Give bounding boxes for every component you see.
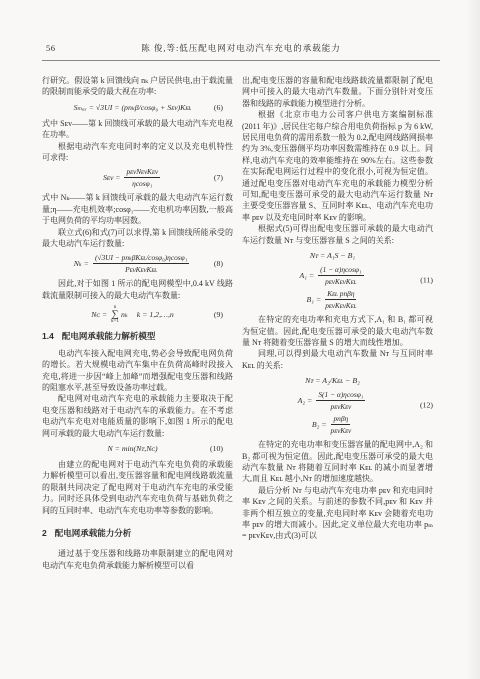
fraction: (1 − α)ηcosφ₁ pᴇᴠKᴇᴠKᴇʟ [318, 265, 363, 286]
equation-11-group: Nᴛ = A₁S − B₁ A₁ = (1 − α)ηcosφ₁ pᴇᴠKᴇᴠK… [242, 250, 433, 310]
equation-number: (7) [214, 173, 223, 183]
equation-11-line1: Nᴛ = A₁S − B₁ [242, 250, 423, 262]
page-number: 56 [46, 43, 106, 53]
equation-12-line2: A₂ = S(1 − α)ηcosφ₁ pᴇᴠKᴇᴠ [242, 390, 423, 411]
denominator: pᴇᴠKᴇᴠKᴇʟ [325, 276, 356, 286]
equation-12-group: Nᴛ = A₂/Kᴇʟ − B₂ A₂ = S(1 − α)ηcosφ₁ pᴇᴠ… [242, 375, 433, 435]
equation-lhs: Nₖ = [74, 259, 89, 269]
summation-symbol: n ∑ k=1 [111, 305, 119, 324]
equation-number: (10) [210, 444, 223, 454]
equation-number: (12) [420, 399, 433, 410]
section-heading-1-4: 1.4 配电网承载能力解析模型 [42, 331, 233, 342]
section-number: 1.4 [42, 331, 54, 342]
paragraph: 根据式(5)可得出配电变压器可承载的最大电动汽车运行数量 Nᴛ 与变压器容量 S… [242, 223, 433, 246]
paragraph: 根据《北京市电力公司客户供电方案编制标准(2011 年)》,居民住宅每户综合用电… [242, 109, 433, 223]
journal-page: 56 陈 俊,等:低压配电网对电动汽车充电的承载能力 行研究。假设第 k 回馈线… [0, 0, 480, 571]
left-column: 行研究。假设第 k 回馈线向 nₖ 户居民供电,由于载流量的限制而能承受的最大视… [42, 75, 233, 571]
equation-8: Nₖ = (√3UI − pnₖβKᴇʟ/cosφ₀)ηcosφ₁ PᴇᴠKᴇᴠ… [42, 253, 223, 274]
equation-10: N = min(Nᴛ,Nᴄ) (10) [42, 443, 223, 455]
paragraph: 电动汽车接入配电网充电,势必会导致配电网负荷的增长。若大规模电动汽车集中在负荷高… [42, 348, 233, 394]
paragraph: 出,配电变压器的容量和配电线路载流量都限制了配电网中可接入的最大电动汽车数量。下… [242, 75, 433, 109]
fraction: (√3UI − pnₖβKᴇʟ/cosφ₀)ηcosφ₁ PᴇᴠKᴇᴠKᴇʟ [93, 253, 189, 274]
equation-body: Nᴛ = A₂/Kᴇʟ − B₂ [305, 376, 360, 386]
equation-rhs: nₖ [121, 310, 128, 320]
section-title: 配电网承载能力分析 [55, 528, 132, 539]
fraction: pᴇᴠNᴇᴠKᴇᴠ ηcosφ₁ [124, 167, 160, 188]
sum-lower-limit: k=1 [111, 319, 119, 324]
equation-12-line3: B₂ = pnβη pᴇᴠKᴇᴠ [242, 414, 423, 435]
running-title: 陈 俊,等:低压配电网对电动汽车充电的承载能力 [106, 42, 376, 54]
fraction: Kᴇʟ pnβη pᴇᴠKᴇᴠKᴇʟ [325, 289, 356, 310]
equation-lhs: Sᴇᴠ = [103, 173, 120, 183]
fraction: pnβη pᴇᴠKᴇᴠ [331, 414, 352, 435]
fraction: S(1 − α)ηcosφ₁ pᴇᴠKᴇᴠ [316, 390, 365, 411]
equation-6: Sₘₐₓ = √3UI = (pnₖβ/cosφ₀ + Sᴇᴠ)Kᴇʟ (6) [42, 102, 223, 114]
numerator: S(1 − α)ηcosφ₁ [316, 390, 365, 401]
equation-11-line2: A₁ = (1 − α)ηcosφ₁ pᴇᴠKᴇᴠKᴇʟ [242, 265, 423, 286]
paragraph: 式中 Nₖ——第 k 回馈线可承载的最大电动汽车运行数量;η——充电机效率;co… [42, 192, 233, 226]
paragraph: 在特定的充电功率和充电方式下,A₁ 和 B₁ 都可视为恒定值。因此,配电变压器可… [242, 314, 433, 348]
paragraph: 在特定的充电功率和变压器容量的配电网中,A₂ 和 B₂ 都可视为恒定值。因此,配… [242, 439, 433, 485]
equation-body: N = min(Nᴛ,Nᴄ) [107, 444, 157, 454]
numerator: pᴇᴠNᴇᴠKᴇᴠ [124, 167, 160, 178]
paragraph: 式中 Sᴇᴠ——第 k 回馈线可承载的最大电动汽车充电视在功率。 [42, 118, 233, 141]
equation-lhs: B₁ = [307, 295, 322, 305]
section-title: 配电网承载能力解析模型 [62, 331, 156, 342]
equation-body: Sₘₐₓ = √3UI = (pnₖβ/cosφ₀ + Sᴇᴠ)Kᴇʟ [74, 103, 192, 113]
equation-number: (9) [214, 310, 223, 320]
two-column-body: 行研究。假设第 k 回馈线向 nₖ 户居民供电,由于载流量的限制而能承受的最大视… [42, 75, 440, 571]
section-number: 2 [42, 528, 47, 539]
equation-number: (8) [214, 259, 223, 269]
sigma-glyph: ∑ [111, 310, 118, 319]
equation-7: Sᴇᴠ = pᴇᴠNᴇᴠKᴇᴠ ηcosφ₁ (7) [42, 167, 223, 188]
numerator: pnβη [331, 414, 350, 425]
paragraph: 同理,可以得到最大电动汽车数量 Nᴛ 与互同时率 Kᴇʟ 的关系: [242, 348, 433, 371]
equation-body: Nᴛ = A₁S − B₁ [310, 251, 355, 261]
equation-number: (6) [214, 103, 223, 113]
paragraph: 最后分析 Nᴛ 与电动汽车充电功率 pᴇᴠ 和充电同时率 Kᴇᴠ 之间的关系。与… [242, 485, 433, 542]
equation-lhs: B₂ = [312, 420, 327, 430]
numerator: Kᴇʟ pnβη [325, 289, 356, 300]
denominator: ηcosφ₁ [132, 178, 152, 188]
page-header: 56 陈 俊,等:低压配电网对电动汽车充电的承载能力 [42, 42, 440, 61]
paragraph: 联立式(6)和式(7)可以求得,第 k 回馈线所能承受的最大电动汽车运行数量: [42, 227, 233, 250]
equation-number: (11) [420, 274, 433, 285]
equation-9: Nᴄ = n ∑ k=1 nₖ k = 1,2,…,n (9) [42, 305, 223, 324]
denominator: pᴇᴠKᴇᴠKᴇʟ [325, 300, 356, 310]
equation-lhs: Nᴄ = [91, 310, 107, 320]
equation-lhs: A₂ = [298, 396, 313, 406]
equation-condition: k = 1,2,…,n [137, 310, 174, 320]
paragraph: 因此,对于如图 1 所示的配电网模型中,0.4 kV 线路载流量限制可接入的最大… [42, 278, 233, 301]
right-column: 出,配电变压器的容量和配电线路载流量都限制了配电网中可接入的最大电动汽车数量。下… [242, 75, 433, 571]
denominator: pᴇᴠKᴇᴠ [331, 401, 352, 411]
paragraph: 配电网对电动汽车充电的承载能力主要取决于配电变压器和线路对于电动汽车的承载能力。… [42, 393, 233, 439]
section-heading-2: 2 配电网承载能力分析 [42, 528, 233, 539]
paragraph: 行研究。假设第 k 回馈线向 nₖ 户居民供电,由于载流量的限制而能承受的最大视… [42, 75, 233, 98]
denominator: PᴇᴠKᴇᴠKᴇʟ [125, 264, 157, 274]
paragraph: 由建立的配电网对于电动汽车充电负荷的承载能力解析模型可以看出,变压器容量和配电网… [42, 459, 233, 516]
paragraph: 根据电动汽车充电同时率的定义以及充电机特性可求得: [42, 141, 233, 164]
equation-12-line1: Nᴛ = A₂/Kᴇʟ − B₂ [242, 375, 423, 387]
denominator: pᴇᴠKᴇᴠ [331, 425, 352, 435]
numerator: (1 − α)ηcosφ₁ [318, 265, 363, 276]
paragraph: 通过基于变压器和线路功率限制建立的配电网对电动汽车充电负荷承载能力解析模型可以看 [42, 548, 233, 571]
equation-lhs: A₁ = [299, 271, 314, 281]
numerator: (√3UI − pnₖβKᴇʟ/cosφ₀)ηcosφ₁ [93, 253, 189, 264]
equation-11-line3: B₁ = Kᴇʟ pnβη pᴇᴠKᴇᴠKᴇʟ [242, 289, 423, 310]
